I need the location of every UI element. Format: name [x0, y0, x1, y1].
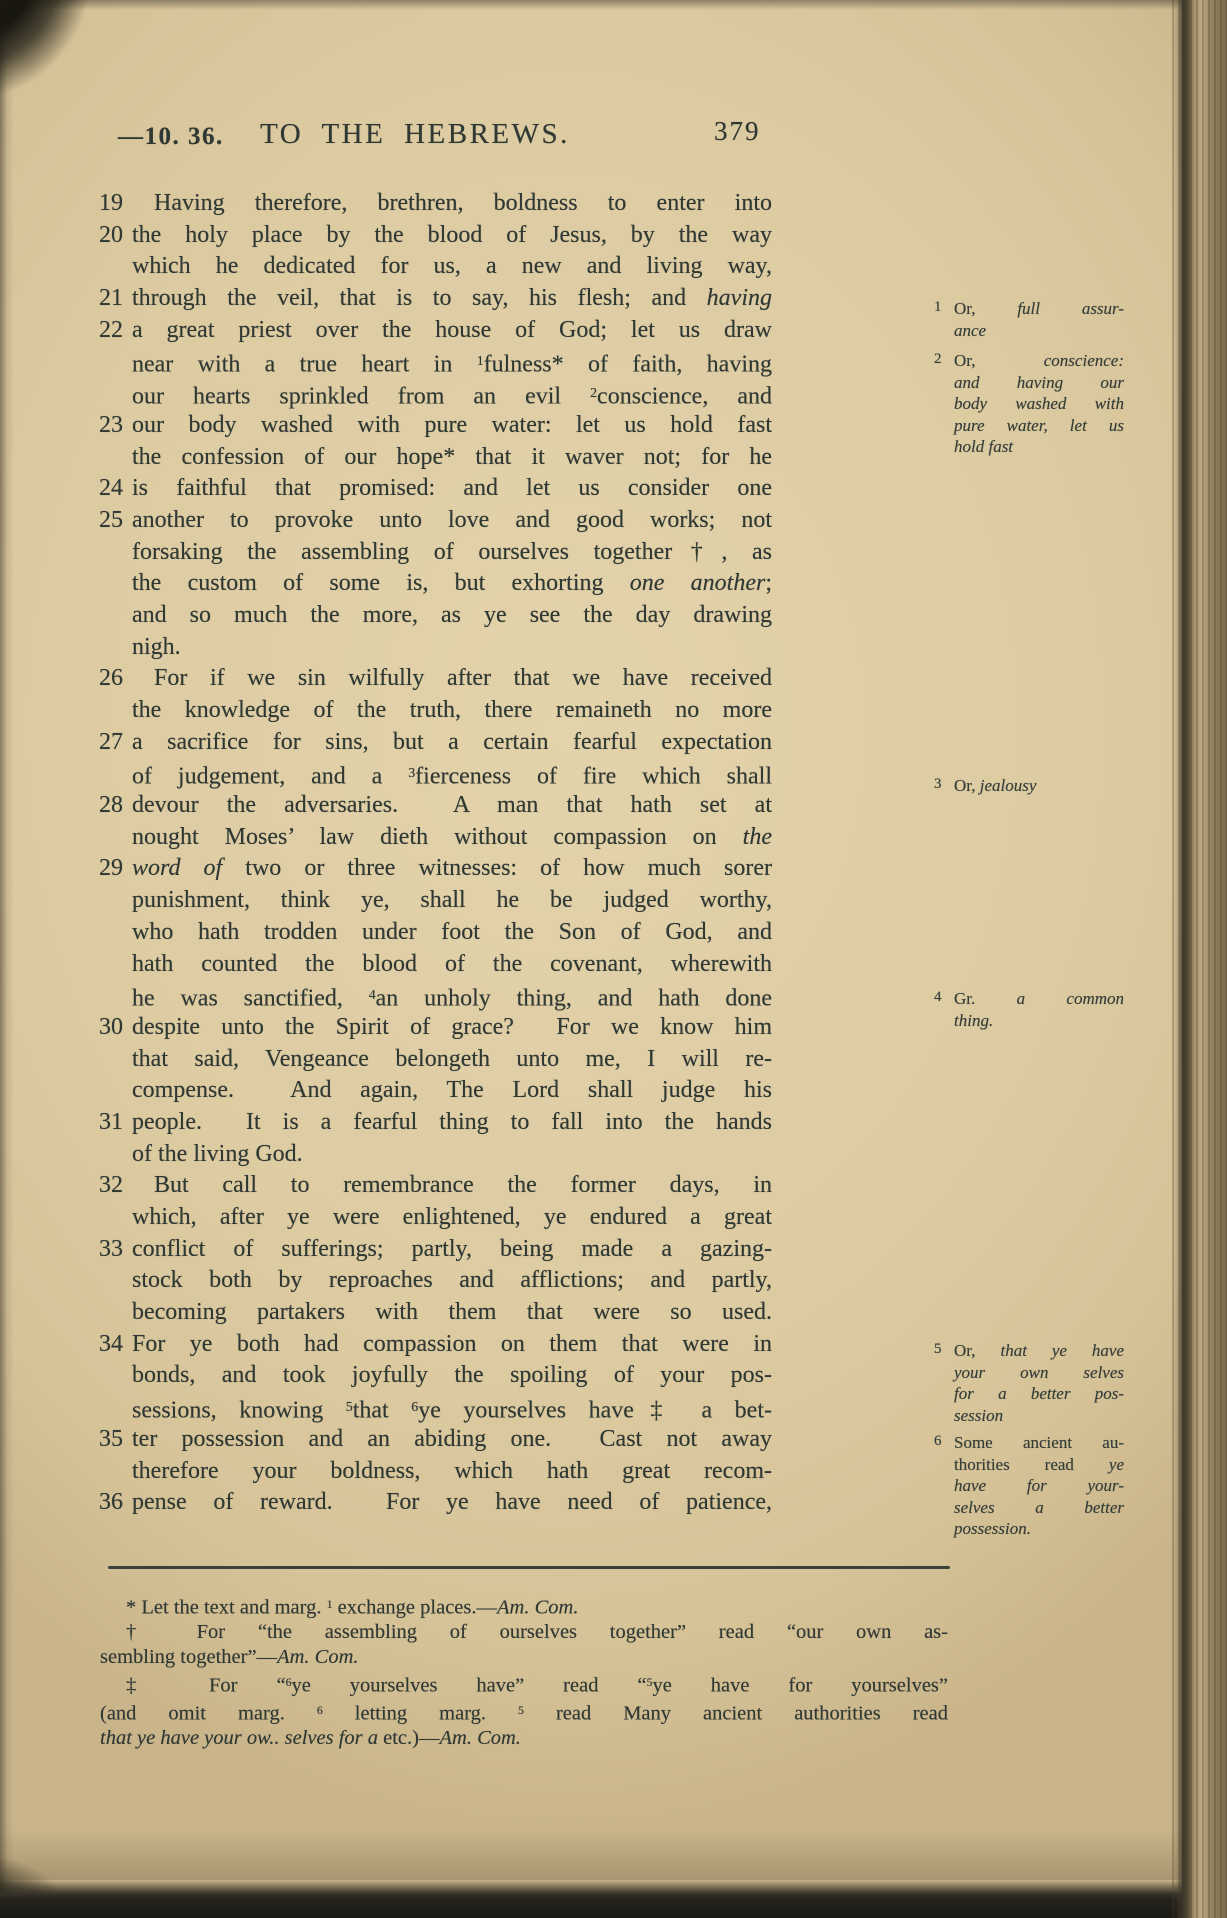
- footnotes: * Let the text and marg. 1 exchange plac…: [100, 1592, 948, 1751]
- note-reference-superscript: 5: [346, 1400, 353, 1415]
- verse-line: of the living God.: [99, 1139, 772, 1171]
- verse-line: who hath trodden under foot the Son of G…: [99, 917, 772, 949]
- verse-line: 35ter possession and an abiding one. Cas…: [99, 1424, 772, 1456]
- verse-number: 24: [99, 473, 130, 505]
- verse-line: 30despite unto the Spirit of grace? For …: [99, 1012, 772, 1044]
- text-segment: the custom of some is, but exhorting: [132, 570, 630, 596]
- header-book-title: TO THE HEBREWS.: [240, 118, 590, 151]
- verse-line: 27a sacrifice for sins, but a certain fe…: [99, 727, 772, 759]
- italic-text: selves a better: [954, 1498, 1124, 1517]
- verse-number: 20: [99, 220, 130, 252]
- text-segment: ye have for yourselves”: [652, 1674, 948, 1696]
- text-segment: read Many ancient authorities read: [524, 1702, 948, 1724]
- text-segment: and so much the more, as ye see the day …: [132, 602, 772, 628]
- verse-line: therefore your boldness, which hath grea…: [99, 1456, 772, 1488]
- text-segment: ‡ For “: [126, 1674, 286, 1696]
- verse-number: 30: [99, 1012, 130, 1044]
- italic-text: that ye have: [1000, 1341, 1124, 1360]
- italic-text: hold fast: [954, 437, 1013, 456]
- book-edge-bottom: [0, 1880, 1227, 1918]
- margin-note: 4Gr. a commonthing.: [932, 988, 1124, 1031]
- body-text: 19Having therefore, brethren, boldness t…: [99, 188, 772, 1519]
- italic-text: session: [954, 1406, 1003, 1425]
- note-reference-superscript: 2: [590, 386, 597, 401]
- text-segment: fulness* of faith, having: [484, 352, 772, 378]
- margin-note-line: ance: [954, 320, 1124, 342]
- page-edge-left: [0, 0, 14, 1918]
- verse-line: 21through the veil, that is to say, his …: [99, 283, 772, 315]
- text-segment: two or three witnesses: of how much sore…: [222, 855, 772, 881]
- text-segment: pense of reward. For ye have need of pat…: [132, 1489, 772, 1515]
- verse-line: 22a great priest over the house of God; …: [99, 315, 772, 347]
- text-segment: that said, Vengeance belongeth unto me, …: [132, 1046, 772, 1072]
- verse-line: and so much the more, as ye see the day …: [99, 600, 772, 632]
- text-segment: Or,: [954, 299, 1017, 318]
- text-segment: the holy place by the blood of Jesus, by…: [132, 222, 772, 248]
- italic-text: that ye have your ow.. selves for a: [100, 1727, 378, 1749]
- text-segment: despite unto the Spirit of grace? For we…: [132, 1014, 772, 1040]
- footnote-line: * Let the text and marg. 1 exchange plac…: [100, 1592, 948, 1620]
- italic-text: Am. Com.: [277, 1646, 358, 1668]
- text-segment: thorities read: [954, 1455, 1109, 1474]
- footnote-line: (and omit marg. 6 letting marg. 5 read M…: [100, 1698, 948, 1726]
- text-segment: ter possession and an abiding one. Cast …: [132, 1426, 772, 1452]
- verse-line: 19Having therefore, brethren, boldness t…: [99, 188, 772, 220]
- text-segment: another to provoke unto love and good wo…: [132, 507, 772, 533]
- margin-note-marker: 6: [934, 1433, 942, 1450]
- italic-text: one another: [630, 570, 766, 596]
- verse-line: 29word of two or three witnesses: of how…: [99, 853, 772, 885]
- margin-note-line: session: [954, 1405, 1124, 1427]
- text-segment: Some ancient au-: [954, 1433, 1124, 1452]
- verse-number: 29: [99, 853, 130, 885]
- margin-note-line: and having our: [954, 372, 1124, 394]
- verse-line: which, after ye were enlightened, ye end…: [99, 1202, 772, 1234]
- margin-note-line: for a better pos-: [954, 1383, 1124, 1405]
- margin-note: 3Or, jealousy: [932, 775, 1124, 797]
- text-segment: † For “the assembling of ourselves toget…: [126, 1621, 948, 1643]
- italic-text: a common: [1017, 989, 1124, 1008]
- margin-note-line: your own selves: [954, 1362, 1124, 1384]
- footnote-line: that ye have your ow.. selves for a etc.…: [100, 1726, 948, 1751]
- text-segment: punishment, think ye, shall he be judged…: [132, 887, 772, 913]
- margin-note-line: Gr. a common: [954, 988, 1124, 1010]
- italic-text: Am. Com.: [497, 1596, 578, 1618]
- text-segment: Gr.: [954, 989, 1017, 1008]
- verse-number: 32: [99, 1170, 130, 1202]
- margin-note-line: Some ancient au-: [954, 1432, 1124, 1454]
- text-segment: devour the adversaries. A man that hath …: [132, 792, 772, 818]
- text-segment: a great priest over the house of God; le…: [132, 317, 772, 343]
- text-segment: letting marg.: [323, 1702, 518, 1724]
- text-segment: Having therefore, brethren, boldness to …: [154, 190, 772, 216]
- margin-note-line: selves a better: [954, 1497, 1124, 1519]
- italic-text: jealousy: [980, 776, 1037, 795]
- text-segment: ye yourselves have‡ a bet-: [418, 1397, 772, 1423]
- text-segment: which he dedicated for us, a new and liv…: [132, 253, 772, 279]
- verse-line: stock both by reproaches and afflictions…: [99, 1265, 772, 1297]
- text-segment: For ye both had compassion on them that …: [132, 1331, 772, 1357]
- margin-note-line: body washed with: [954, 393, 1124, 415]
- verse-number: 19: [99, 188, 130, 220]
- text-segment: the knowledge of the truth, there remain…: [132, 697, 772, 723]
- text-segment: our hearts sprinkled from an evil: [132, 383, 590, 409]
- verse-line: forsaking the assembling of ourselves to…: [99, 537, 772, 569]
- margin-note: 6Some ancient au-thorities read yehave f…: [932, 1432, 1124, 1540]
- italic-text: thing.: [954, 1011, 993, 1030]
- text-segment: through the veil, that is to say, his fl…: [132, 285, 707, 311]
- margin-note-marker: 1: [934, 299, 942, 316]
- verse-number: 34: [99, 1329, 130, 1361]
- margin-note: 5Or, that ye haveyour own selvesfor a be…: [932, 1340, 1124, 1426]
- verse-line: that said, Vengeance belongeth unto me, …: [99, 1044, 772, 1076]
- margin-note-line: thorities read ye: [954, 1454, 1124, 1476]
- verse-line: 24is faithful that promised: and let us …: [99, 473, 772, 505]
- text-segment: bonds, and took joyfully the spoiling of…: [132, 1362, 772, 1388]
- italic-text: for a better pos-: [954, 1384, 1124, 1403]
- verse-line: 23our body washed with pure water: let u…: [99, 410, 772, 442]
- text-segment: But call to remembrance the former days,…: [154, 1172, 772, 1198]
- italic-text: your own selves: [954, 1363, 1124, 1382]
- verse-line: he was sanctified, 4an unholy thing, and…: [99, 980, 772, 1012]
- text-segment: the confession of our hope* that it wave…: [132, 444, 772, 470]
- verse-number: 23: [99, 410, 130, 442]
- footnote-rule: [108, 1566, 950, 1569]
- italic-text: conscience:: [1044, 351, 1124, 370]
- text-segment: compense. And again, The Lord shall judg…: [132, 1077, 772, 1103]
- text-segment: ye yourselves have” read “: [292, 1674, 647, 1696]
- verse-line: 33conflict of sufferings; partly, being …: [99, 1234, 772, 1266]
- scan-dark-corner-top-left: [0, 0, 190, 210]
- margin-note-marker: 5: [934, 1341, 942, 1358]
- text-segment: For if we sin wilfully after that we hav…: [154, 665, 772, 691]
- text-segment: stock both by reproaches and afflictions…: [132, 1267, 772, 1293]
- verse-line: which he dedicated for us, a new and liv…: [99, 251, 772, 283]
- scan-dark-corner-bottom-left: [0, 1798, 150, 1918]
- text-segment: which, after ye were enlightened, ye end…: [132, 1204, 772, 1230]
- text-segment: who hath trodden under foot the Son of G…: [132, 919, 772, 945]
- verse-number: 31: [99, 1107, 130, 1139]
- text-segment: our body washed with pure water: let us …: [132, 412, 772, 438]
- text-segment: forsaking the assembling of ourselves to…: [132, 539, 772, 565]
- margin-note: 1Or, full assur-ance: [932, 298, 1124, 341]
- text-segment: is faithful that promised: and let us co…: [132, 475, 772, 501]
- margin-note-marker: 3: [934, 776, 942, 793]
- header-page-number: 379: [714, 116, 761, 147]
- text-segment: (and omit marg.: [100, 1702, 317, 1724]
- text-segment: a sacrifice for sins, but a certain fear…: [132, 729, 772, 755]
- text-segment: nigh.: [132, 634, 181, 660]
- text-segment: ;: [765, 570, 772, 596]
- verse-number: 28: [99, 790, 130, 822]
- margin-note-line: hold fast: [954, 436, 1124, 458]
- verse-line: near with a true heart in 1fulness* of f…: [99, 346, 772, 378]
- margin-note-line: Or, jealousy: [954, 775, 1124, 797]
- footnote-line: sembling together”—Am. Com.: [100, 1645, 948, 1670]
- verse-line: 26For if we sin wilfully after that we h…: [99, 663, 772, 695]
- margin-note-line: have for your-: [954, 1475, 1124, 1497]
- text-segment: people. It is a fearful thing to fall in…: [132, 1109, 772, 1135]
- footnote-line: ‡ For “6ye yourselves have” read “5ye ha…: [100, 1670, 948, 1698]
- text-segment: fierceness of fire which shall: [415, 764, 772, 790]
- verse-line: compense. And again, The Lord shall judg…: [99, 1075, 772, 1107]
- verse-number: 21: [99, 283, 130, 315]
- italic-text: ance: [954, 321, 986, 340]
- verse-number: 27: [99, 727, 130, 759]
- verse-line: the knowledge of the truth, there remain…: [99, 695, 772, 727]
- text-segment: sessions, knowing: [132, 1397, 346, 1423]
- verse-number: 26: [99, 663, 130, 695]
- note-reference-superscript: 1: [477, 354, 484, 369]
- text-segment: nought Moses’ law dieth without compassi…: [132, 824, 743, 850]
- verse-line: 28devour the adversaries. A man that hat…: [99, 790, 772, 822]
- text-segment: that: [353, 1397, 412, 1423]
- margin-note-line: pure water, let us: [954, 415, 1124, 437]
- text-segment: conflict of sufferings; partly, being ma…: [132, 1236, 772, 1262]
- italic-text: body washed with: [954, 394, 1124, 413]
- text-segment: Or,: [954, 776, 980, 795]
- margin-note-line: Or, full assur-: [954, 298, 1124, 320]
- verse-number: 25: [99, 505, 130, 537]
- italic-text: have for your-: [954, 1476, 1124, 1495]
- footnote-line: † For “the assembling of ourselves toget…: [100, 1620, 948, 1645]
- text-segment: therefore your boldness, which hath grea…: [132, 1458, 772, 1484]
- verse-line: our hearts sprinkled from an evil 2consc…: [99, 378, 772, 410]
- verse-line: the custom of some is, but exhorting one…: [99, 568, 772, 600]
- book-edge-right: [1172, 0, 1227, 1918]
- italic-text: word of: [132, 855, 222, 881]
- margin-note-marker: 4: [934, 989, 942, 1006]
- verse-line: 34For ye both had compassion on them tha…: [99, 1329, 772, 1361]
- verse-line: 20the holy place by the blood of Jesus, …: [99, 220, 772, 252]
- text-segment: near with a true heart in: [132, 352, 477, 378]
- verse-line: nought Moses’ law dieth without compassi…: [99, 822, 772, 854]
- note-reference-superscript: 4: [369, 988, 376, 1003]
- verse-line: nigh.: [99, 632, 772, 664]
- text-segment: hath counted the blood of the covenant, …: [132, 951, 772, 977]
- text-segment: etc.)—: [378, 1727, 439, 1749]
- verse-number: 33: [99, 1234, 130, 1266]
- text-segment: Or,: [954, 1341, 1000, 1360]
- margin-note-line: thing.: [954, 1010, 1124, 1032]
- italic-text: pure water, let us: [954, 416, 1124, 435]
- verse-line: becoming partakers with them that were s…: [99, 1297, 772, 1329]
- scanned-book-page: —10. 36. TO THE HEBREWS. 379 19Having th…: [0, 0, 1227, 1918]
- verse-number: 36: [99, 1487, 130, 1519]
- margin-note-marker: 2: [934, 351, 942, 368]
- verse-number: 22: [99, 315, 130, 347]
- margin-note-line: Or, that ye have: [954, 1340, 1124, 1362]
- italic-text: possession.: [954, 1519, 1031, 1538]
- italic-text: having: [707, 285, 772, 311]
- verse-line: sessions, knowing 5that 6ye yourselves h…: [99, 1392, 772, 1424]
- italic-text: full assur-: [1017, 299, 1124, 318]
- margin-note-line: possession.: [954, 1518, 1124, 1540]
- header-chapter-verse-ref: —10. 36.: [118, 123, 224, 151]
- verse-line: punishment, think ye, shall he be judged…: [99, 885, 772, 917]
- text-segment: * Let the text and marg.: [126, 1596, 327, 1618]
- margin-note-line: Or, conscience:: [954, 350, 1124, 372]
- text-segment: of judgement, and a: [132, 764, 408, 790]
- verse-line: the confession of our hope* that it wave…: [99, 442, 772, 474]
- verse-number: 35: [99, 1424, 130, 1456]
- italic-text: ye: [1109, 1455, 1124, 1474]
- italic-text: Am. Com.: [440, 1727, 521, 1749]
- margin-note: 2Or, conscience:and having ourbody washe…: [932, 350, 1124, 458]
- page-shadow-bottom: [0, 1828, 1227, 1880]
- verse-line: bonds, and took joyfully the spoiling of…: [99, 1360, 772, 1392]
- italic-text: and having our: [954, 373, 1124, 392]
- verse-line: hath counted the blood of the covenant, …: [99, 949, 772, 981]
- verse-line: 31people. It is a fearful thing to fall …: [99, 1107, 772, 1139]
- text-segment: Or,: [954, 351, 1044, 370]
- text-segment: sembling together”—: [100, 1646, 277, 1668]
- text-segment: conscience, and: [597, 383, 772, 409]
- verse-line: 25another to provoke unto love and good …: [99, 505, 772, 537]
- text-segment: exchange places.—: [333, 1596, 498, 1618]
- text-segment: becoming partakers with them that were s…: [132, 1299, 772, 1325]
- text-segment: of the living God.: [132, 1141, 303, 1167]
- verse-line: of judgement, and a 3fierceness of fire …: [99, 758, 772, 790]
- page-edge-top: [0, 0, 1227, 10]
- text-segment: an unholy thing, and hath done: [376, 985, 772, 1011]
- verse-line: 36pense of reward. For ye have need of p…: [99, 1487, 772, 1519]
- italic-text: the: [743, 824, 772, 850]
- text-segment: he was sanctified,: [132, 985, 369, 1011]
- verse-line: 32But call to remembrance the former day…: [99, 1170, 772, 1202]
